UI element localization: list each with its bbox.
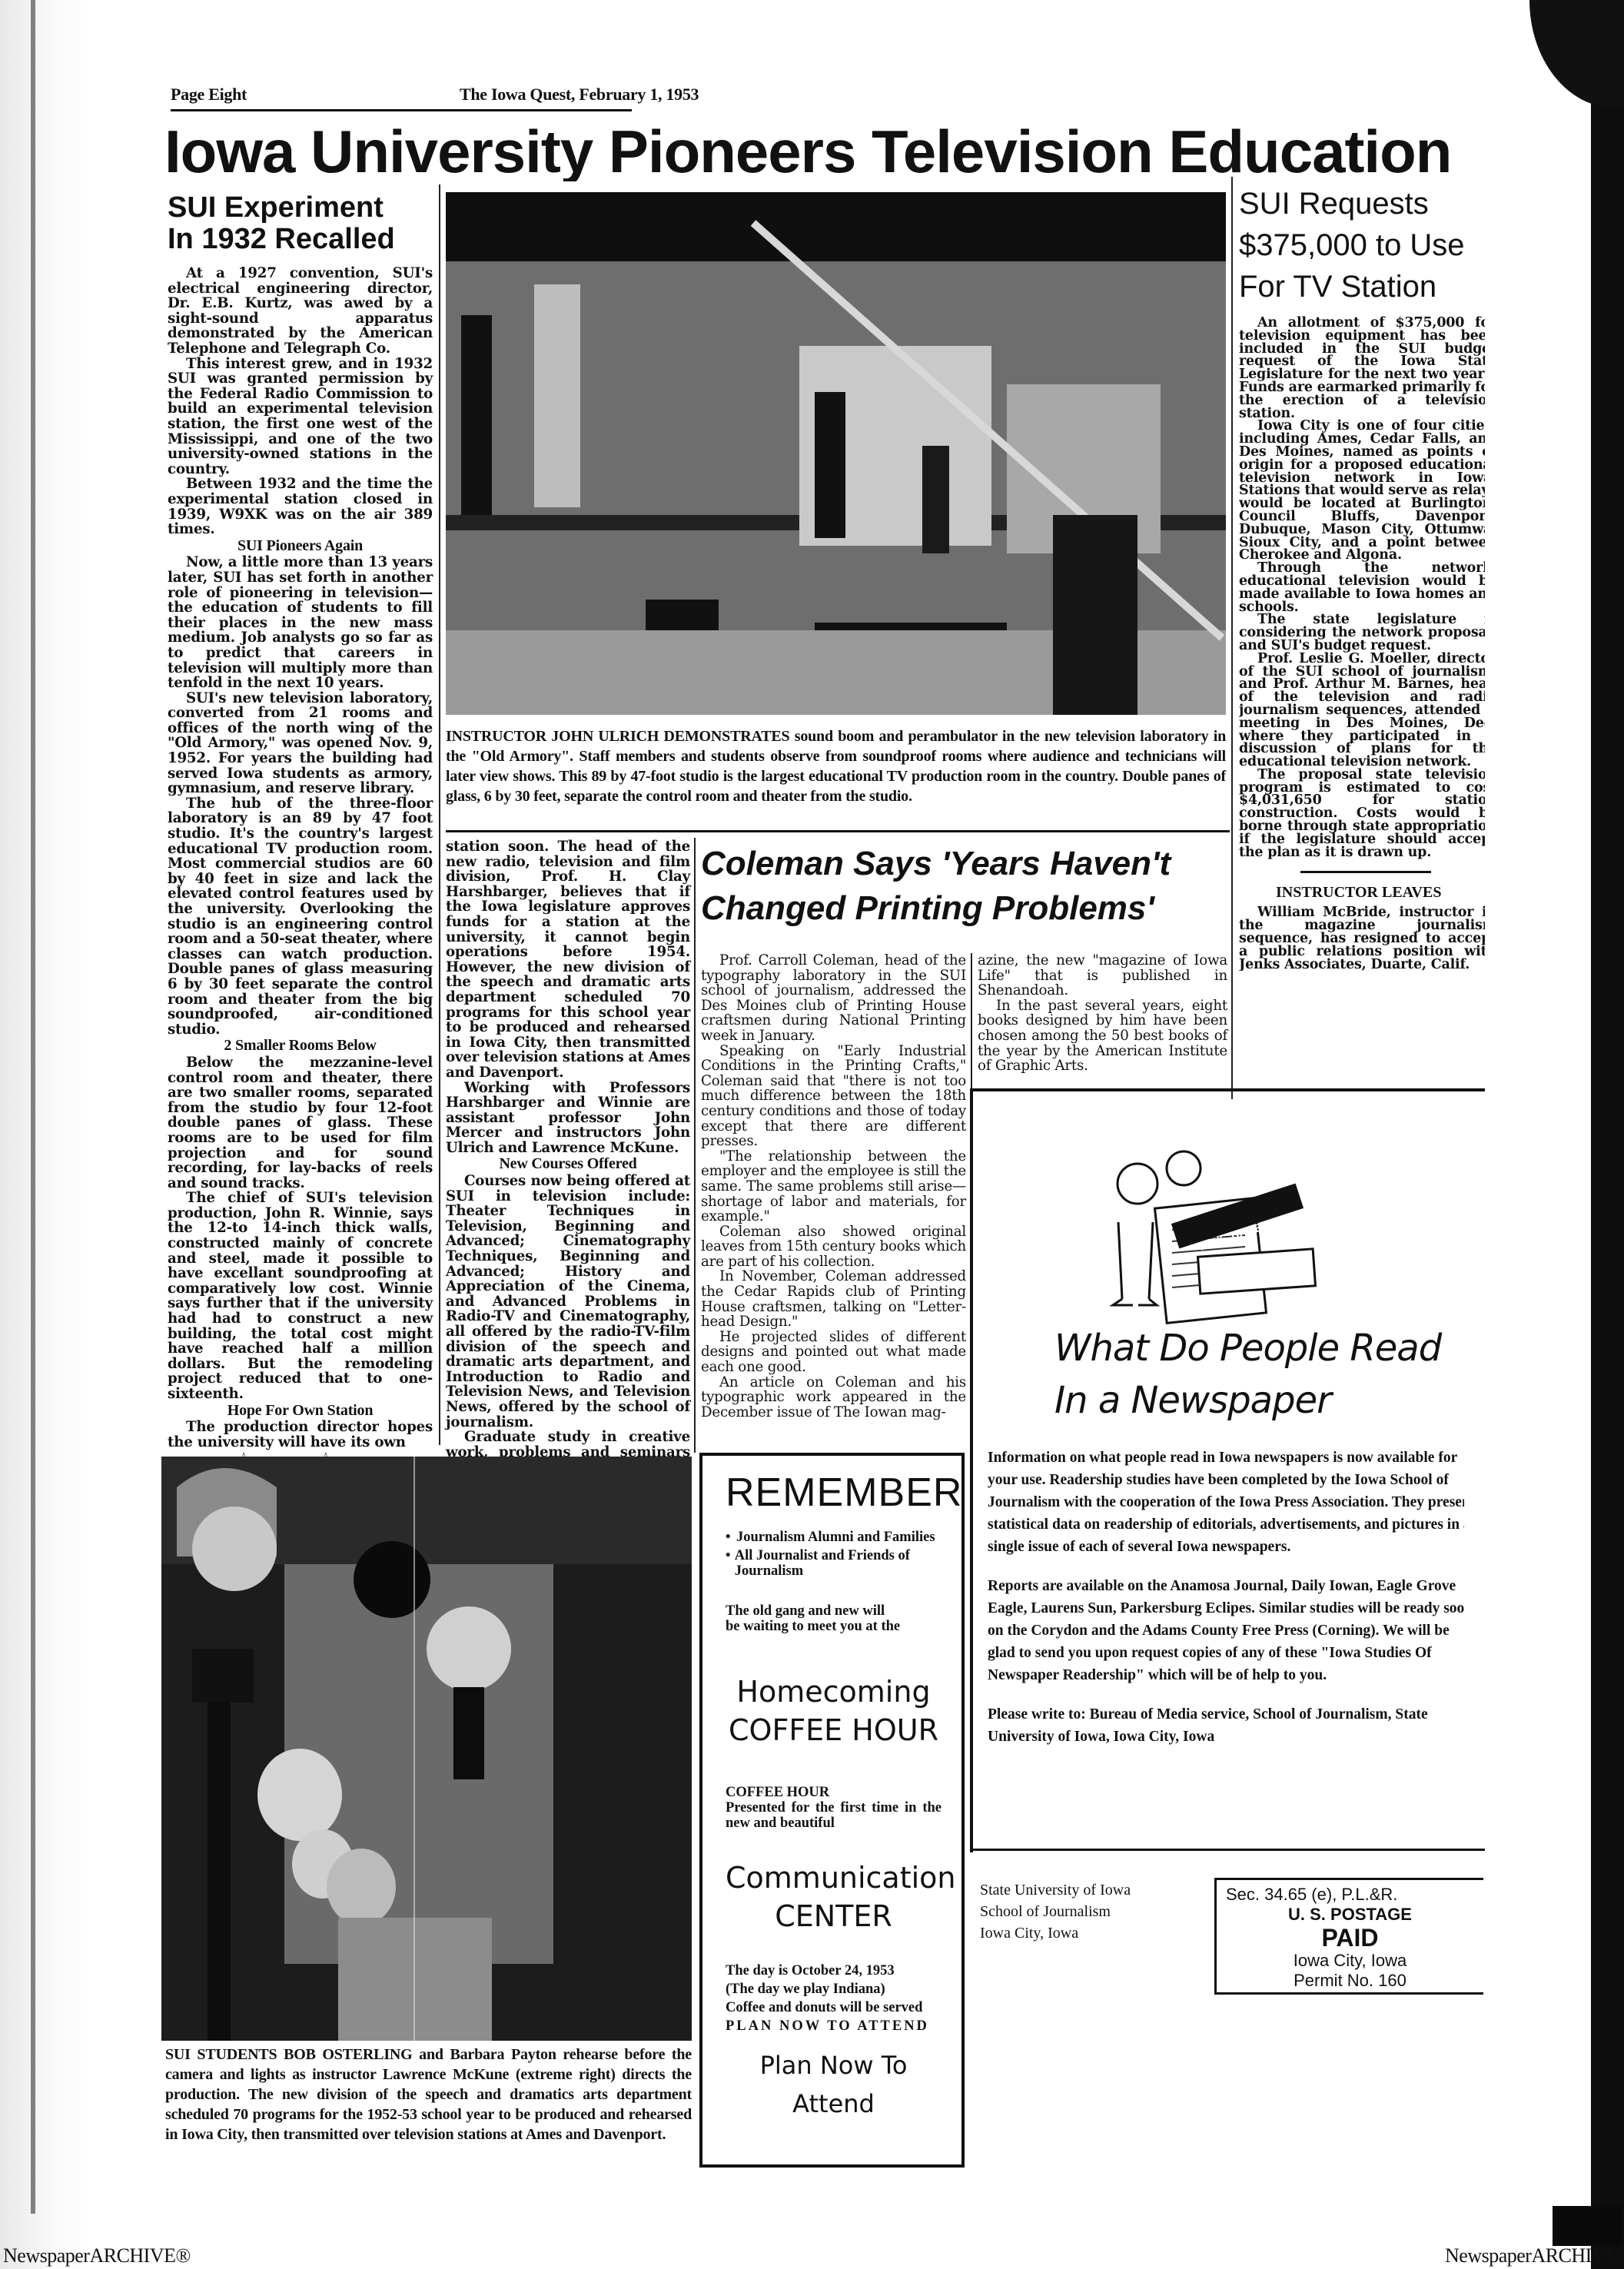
- address-line: Iowa City, Iowa: [980, 1922, 1131, 1944]
- paragraph: He projected slides of different designs…: [701, 1330, 966, 1375]
- page-number: Page Eight: [171, 85, 247, 105]
- subhead-instructor-leaves: INSTRUCTOR LEAVES: [1239, 884, 1485, 902]
- article-sui-experiment: SUI Experiment In 1932 Recalled At a 192…: [168, 192, 433, 1469]
- scan-edge-right: [1591, 0, 1624, 2269]
- ad-plan-now: Plan Now To Attend: [726, 2046, 942, 2123]
- article-headline-line1: SUI Experiment: [168, 192, 433, 224]
- paragraph: In the past several years, eight books d…: [978, 998, 1227, 1074]
- article-headline-line2: $375,000 to Use: [1239, 224, 1485, 266]
- ad-remember-title: REMEMBER: [726, 1470, 942, 1516]
- caption-lead: INSTRUCTOR JOHN ULRICH DEMONSTRATES: [446, 728, 789, 745]
- publication-dateline: The Iowa Quest, February 1, 1953: [460, 85, 699, 105]
- scan-corner-block: [1553, 2206, 1622, 2246]
- paragraph: Now, a little more than 13 years later, …: [168, 555, 433, 690]
- photo-rehearsal-illustration: [161, 1457, 692, 2041]
- paragraph: Reports are available on the Anamosa Jou…: [988, 1575, 1464, 1686]
- detail-line: Coffee and donuts will be served: [726, 1998, 942, 2017]
- column-rule: [694, 838, 696, 1453]
- address-line: School of Journalism: [980, 1901, 1131, 1922]
- short-rule: [1300, 871, 1431, 873]
- ad-center: CENTER: [726, 1897, 942, 1935]
- ad-coffee-hour: COFFEE HOUR: [726, 1711, 942, 1749]
- paragraph: SUI's new television laboratory, convert…: [168, 691, 433, 796]
- photo-caption-bottom: SUI STUDENTS BOB OSTERLING and Barbara P…: [165, 2045, 692, 2144]
- ad-remember-box: REMEMBER •Journalism Alumni and Families…: [699, 1453, 965, 2168]
- paragraph: Working with Professors Harshbarger and …: [446, 1081, 690, 1156]
- subhead: Hope For Own Station: [168, 1404, 433, 1419]
- ad-border-left: [970, 1091, 973, 1852]
- detail-line: (The day we play Indiana): [726, 1980, 942, 1998]
- scan-edge-left: [0, 0, 92, 2269]
- paragraph: Coleman also showed original leaves from…: [701, 1224, 966, 1270]
- ad-headline-line2: In a Newspaper: [1054, 1374, 1454, 1427]
- article-coleman-col1: Prof. Carroll Coleman, head of the typog…: [701, 953, 966, 1420]
- paragraph: Speaking on "Early Industrial Conditions…: [701, 1044, 966, 1149]
- paragraph: The chief of SUI's television production…: [168, 1191, 433, 1401]
- column-rule: [1231, 177, 1233, 1099]
- cartoon-readers: LOOK TO ME IN '53 !: [1076, 1130, 1322, 1337]
- bullet-text: All Journalist and Friends of Journalism: [735, 1548, 942, 1579]
- article-coleman: Coleman Says 'Years Haven't Changed Prin…: [701, 842, 1231, 938]
- paragraph: The proposal state television program is…: [1239, 769, 1485, 859]
- photo-studio-boom: [446, 192, 1226, 715]
- paragraph: Between 1932 and the time the experiment…: [168, 477, 433, 537]
- watermark-right: NewspaperARCHIVE®: [1445, 2244, 1624, 2267]
- plan-caps: PLAN NOW TO ATTEND: [726, 2017, 942, 2035]
- article-headline-line3: For TV Station: [1239, 266, 1485, 307]
- paragraph: The hub of the three-floor laboratory is…: [168, 796, 433, 1038]
- article-coleman-col2: azine, the new "magazine of Iowa Life" t…: [978, 953, 1227, 1074]
- paragraph: Prof. Carroll Coleman, head of the typog…: [701, 953, 966, 1044]
- paragraph: station soon. The head of the new radio,…: [446, 839, 690, 1081]
- article-sui-requests: SUI Requests $375,000 to Use For TV Stat…: [1239, 183, 1485, 971]
- article-sui-experiment-continued: station soon. The head of the new radio,…: [446, 839, 690, 1494]
- paragraph: William McBride, instructor in the magaz…: [1239, 906, 1485, 971]
- ad-coffee-hour-small: COFFEE HOUR: [726, 1785, 942, 1800]
- watermark-left: NewspaperARCHIVE®: [3, 2244, 191, 2267]
- ad-body: Information on what people read in Iowa …: [988, 1447, 1464, 1748]
- cartoon-couple-newspaper-icon: LOOK TO ME IN '53 !: [1076, 1130, 1322, 1337]
- detail-line: The day is October 24, 1953: [726, 1962, 942, 1980]
- column-rule: [439, 184, 440, 1445]
- postage-us: U. S. POSTAGE: [1217, 1905, 1483, 1925]
- postage-paid: PAID: [1217, 1925, 1483, 1951]
- scan-page-curl: [1529, 0, 1624, 108]
- paragraph: Through the network, educational televis…: [1239, 562, 1485, 613]
- photo-seam: [413, 1457, 415, 2041]
- article-body: At a 1927 convention, SUI's electrical e…: [168, 266, 433, 1450]
- paragraph: In November, Coleman addressed the Cedar…: [701, 1269, 966, 1329]
- section-rule: [970, 1088, 1485, 1091]
- caption-lead: SUI STUDENTS BOB OSTERLING: [165, 2046, 413, 2063]
- postage-city: Iowa City, Iowa: [1217, 1951, 1483, 1971]
- photo-students-rehearse: [161, 1457, 692, 2041]
- bullet-item: •All Journalist and Friends of Journalis…: [726, 1548, 942, 1579]
- postage-indicia: Sec. 34.65 (e), P.L.&R. U. S. POSTAGE PA…: [1214, 1878, 1483, 1995]
- paragraph: azine, the new "magazine of Iowa Life" t…: [978, 953, 1227, 998]
- header-rule: [171, 109, 632, 111]
- paragraph: The production director hopes the univer…: [168, 1420, 433, 1450]
- postage-section: Sec. 34.65 (e), P.L.&R.: [1217, 1885, 1483, 1905]
- paragraph: "The relationship between the employer a…: [701, 1149, 966, 1224]
- article-headline-line1: SUI Requests: [1239, 183, 1485, 224]
- paragraph: An allotment of $375,000 for television …: [1239, 317, 1485, 420]
- subhead: 2 Smaller Rooms Below: [168, 1038, 433, 1054]
- photo-studio-illustration: [446, 192, 1226, 715]
- bullet-item: •Journalism Alumni and Families: [726, 1530, 942, 1545]
- paragraph: At a 1927 convention, SUI's electrical e…: [168, 266, 433, 357]
- paragraph: Please write to: Bureau of Media service…: [988, 1703, 1464, 1748]
- paragraph: Prof. Leslie G. Moeller, director of the…: [1239, 653, 1485, 769]
- ad-homecoming: Homecoming: [726, 1673, 942, 1711]
- banner-headline: Iowa University Pioneers Television Educ…: [164, 121, 1483, 181]
- section-rule: [446, 830, 1230, 832]
- photo-caption-top: INSTRUCTOR JOHN ULRICH DEMONSTRATES soun…: [446, 726, 1226, 806]
- article-headline-line2: In 1932 Recalled: [168, 224, 433, 255]
- paragraph: Iowa City is one of four cities, includi…: [1239, 420, 1485, 562]
- subhead: New Courses Offered: [446, 1157, 690, 1172]
- ad-details: The day is October 24, 1953 (The day we …: [726, 1962, 942, 2035]
- paragraph: The state legislature is considering the…: [1239, 613, 1485, 652]
- return-address: State University of Iowa School of Journ…: [980, 1879, 1131, 1944]
- ad-communication: Communication: [726, 1859, 942, 1897]
- postage-permit: Permit No. 160: [1217, 1971, 1483, 1991]
- ad-headline: What Do People Read In a Newspaper: [1054, 1322, 1454, 1427]
- ad-headline-line1: What Do People Read: [1054, 1322, 1454, 1374]
- paragraph: An article on Coleman and his typographi…: [701, 1375, 966, 1420]
- ad-intro: The old gang and new will be waiting to …: [726, 1603, 902, 1634]
- paragraph: Courses now being offered at SUI in tele…: [446, 1174, 690, 1430]
- paragraph: This interest grew, and in 1932 SUI was …: [168, 357, 433, 477]
- paragraph: Below the mezzanine-level control room a…: [168, 1055, 433, 1191]
- ad-presented: Presented for the first time in the new …: [726, 1800, 942, 1831]
- article-headline-line1: Coleman Says 'Years Haven't: [701, 842, 1231, 886]
- address-line: State University of Iowa: [980, 1879, 1131, 1901]
- subhead: SUI Pioneers Again: [168, 539, 433, 554]
- paragraph: Information on what people read in Iowa …: [988, 1447, 1464, 1558]
- bullet-text: Journalism Alumni and Families: [736, 1530, 935, 1545]
- ad-border-bottom: [970, 1849, 1485, 1851]
- article-headline-line2: Changed Printing Problems': [701, 886, 1231, 931]
